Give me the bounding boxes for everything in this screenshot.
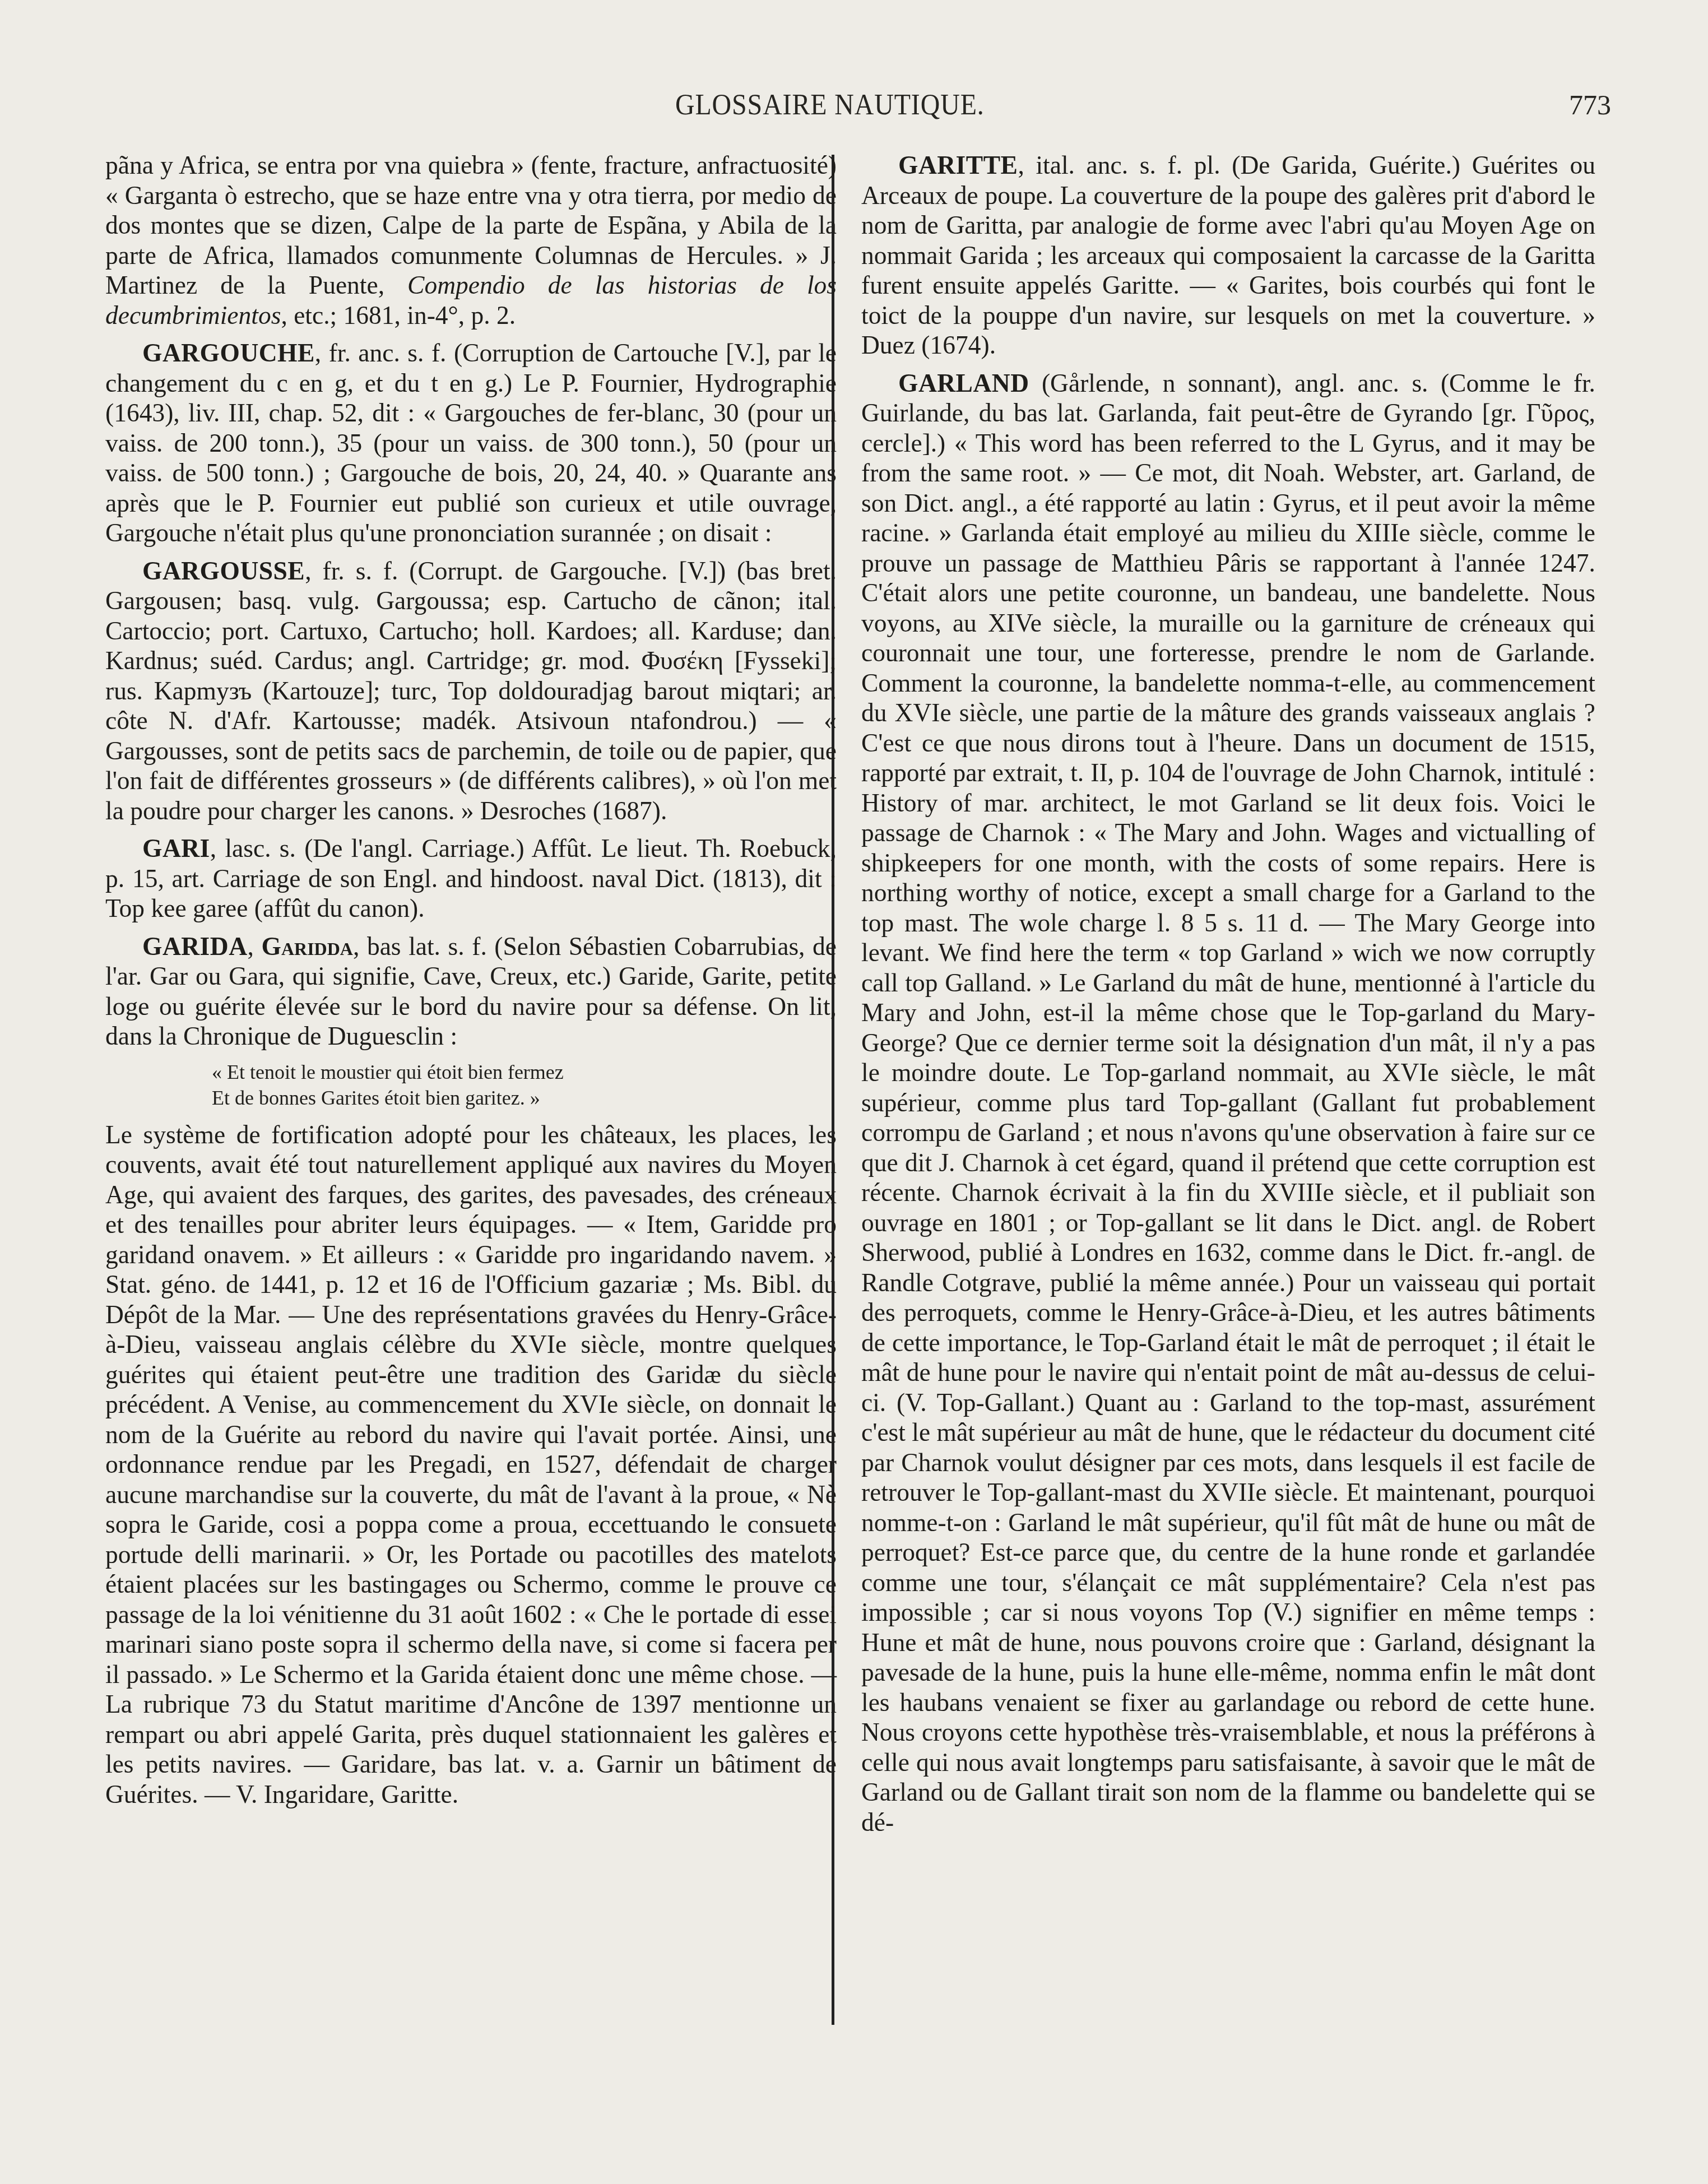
headword: GARLAND <box>898 369 1029 397</box>
entry-garida: GARIDA, Garidda, bas lat. s. f. (Selon S… <box>105 931 837 1051</box>
entry-gargousse: GARGOUSSE, fr. s. f. (Corrupt. de Gargou… <box>105 556 837 826</box>
headword: GARITTE <box>898 151 1018 179</box>
left-column: pãna y Africa, se entra por vna quiebra … <box>105 150 837 1817</box>
garida-continuation: Le système de fortification adopté pour … <box>105 1120 837 1810</box>
verse-line: « Et tenoit le moustier qui étoit bien f… <box>212 1059 837 1085</box>
verse-quote: « Et tenoit le moustier qui étoit bien f… <box>212 1059 837 1111</box>
entry-gargouche: GARGOUCHE, fr. anc. s. f. (Corruption de… <box>105 338 837 548</box>
entry-text: (Gårlende, n sonnant), angl. anc. s. (Co… <box>861 369 1595 1837</box>
entry-garitte: GARITTE, ital. anc. s. f. pl. (De Garida… <box>861 150 1595 360</box>
headword: GARGOUCHE <box>142 339 315 367</box>
entry-garland: GARLAND (Gårlende, n sonnant), angl. anc… <box>861 368 1595 1838</box>
variant-headword: Garidda <box>262 932 353 961</box>
page-number: 773 <box>1569 89 1611 121</box>
continuation-tail: , etc.; 1681, in-4°, p. 2. <box>281 301 516 330</box>
entry-text: , ital. anc. s. f. pl. (De Garida, Guéri… <box>861 151 1595 359</box>
headword: GARGOUSSE <box>142 557 305 585</box>
entry-text: , fr. s. f. (Corrupt. de Gargouche. [V.]… <box>105 557 837 825</box>
entry-gari: GARI, lasc. s. (De l'angl. Carriage.) Af… <box>105 833 837 924</box>
page-header: GLOSSAIRE NAUTIQUE. 773 <box>675 89 1611 133</box>
continuation-paragraph: pãna y Africa, se entra por vna quiebra … <box>105 150 837 330</box>
headword: GARI <box>142 834 210 863</box>
running-title: GLOSSAIRE NAUTIQUE. <box>675 89 985 122</box>
headword: GARIDA <box>142 932 248 961</box>
verse-line: Et de bonnes Garites étoit bien garitez.… <box>212 1085 837 1111</box>
entry-text: , lasc. s. (De l'angl. Carriage.) Affût.… <box>105 834 837 922</box>
right-column: GARITTE, ital. anc. s. f. pl. (De Garida… <box>861 150 1595 1845</box>
entry-text: , fr. anc. s. f. (Corruption de Cartouch… <box>105 339 837 547</box>
